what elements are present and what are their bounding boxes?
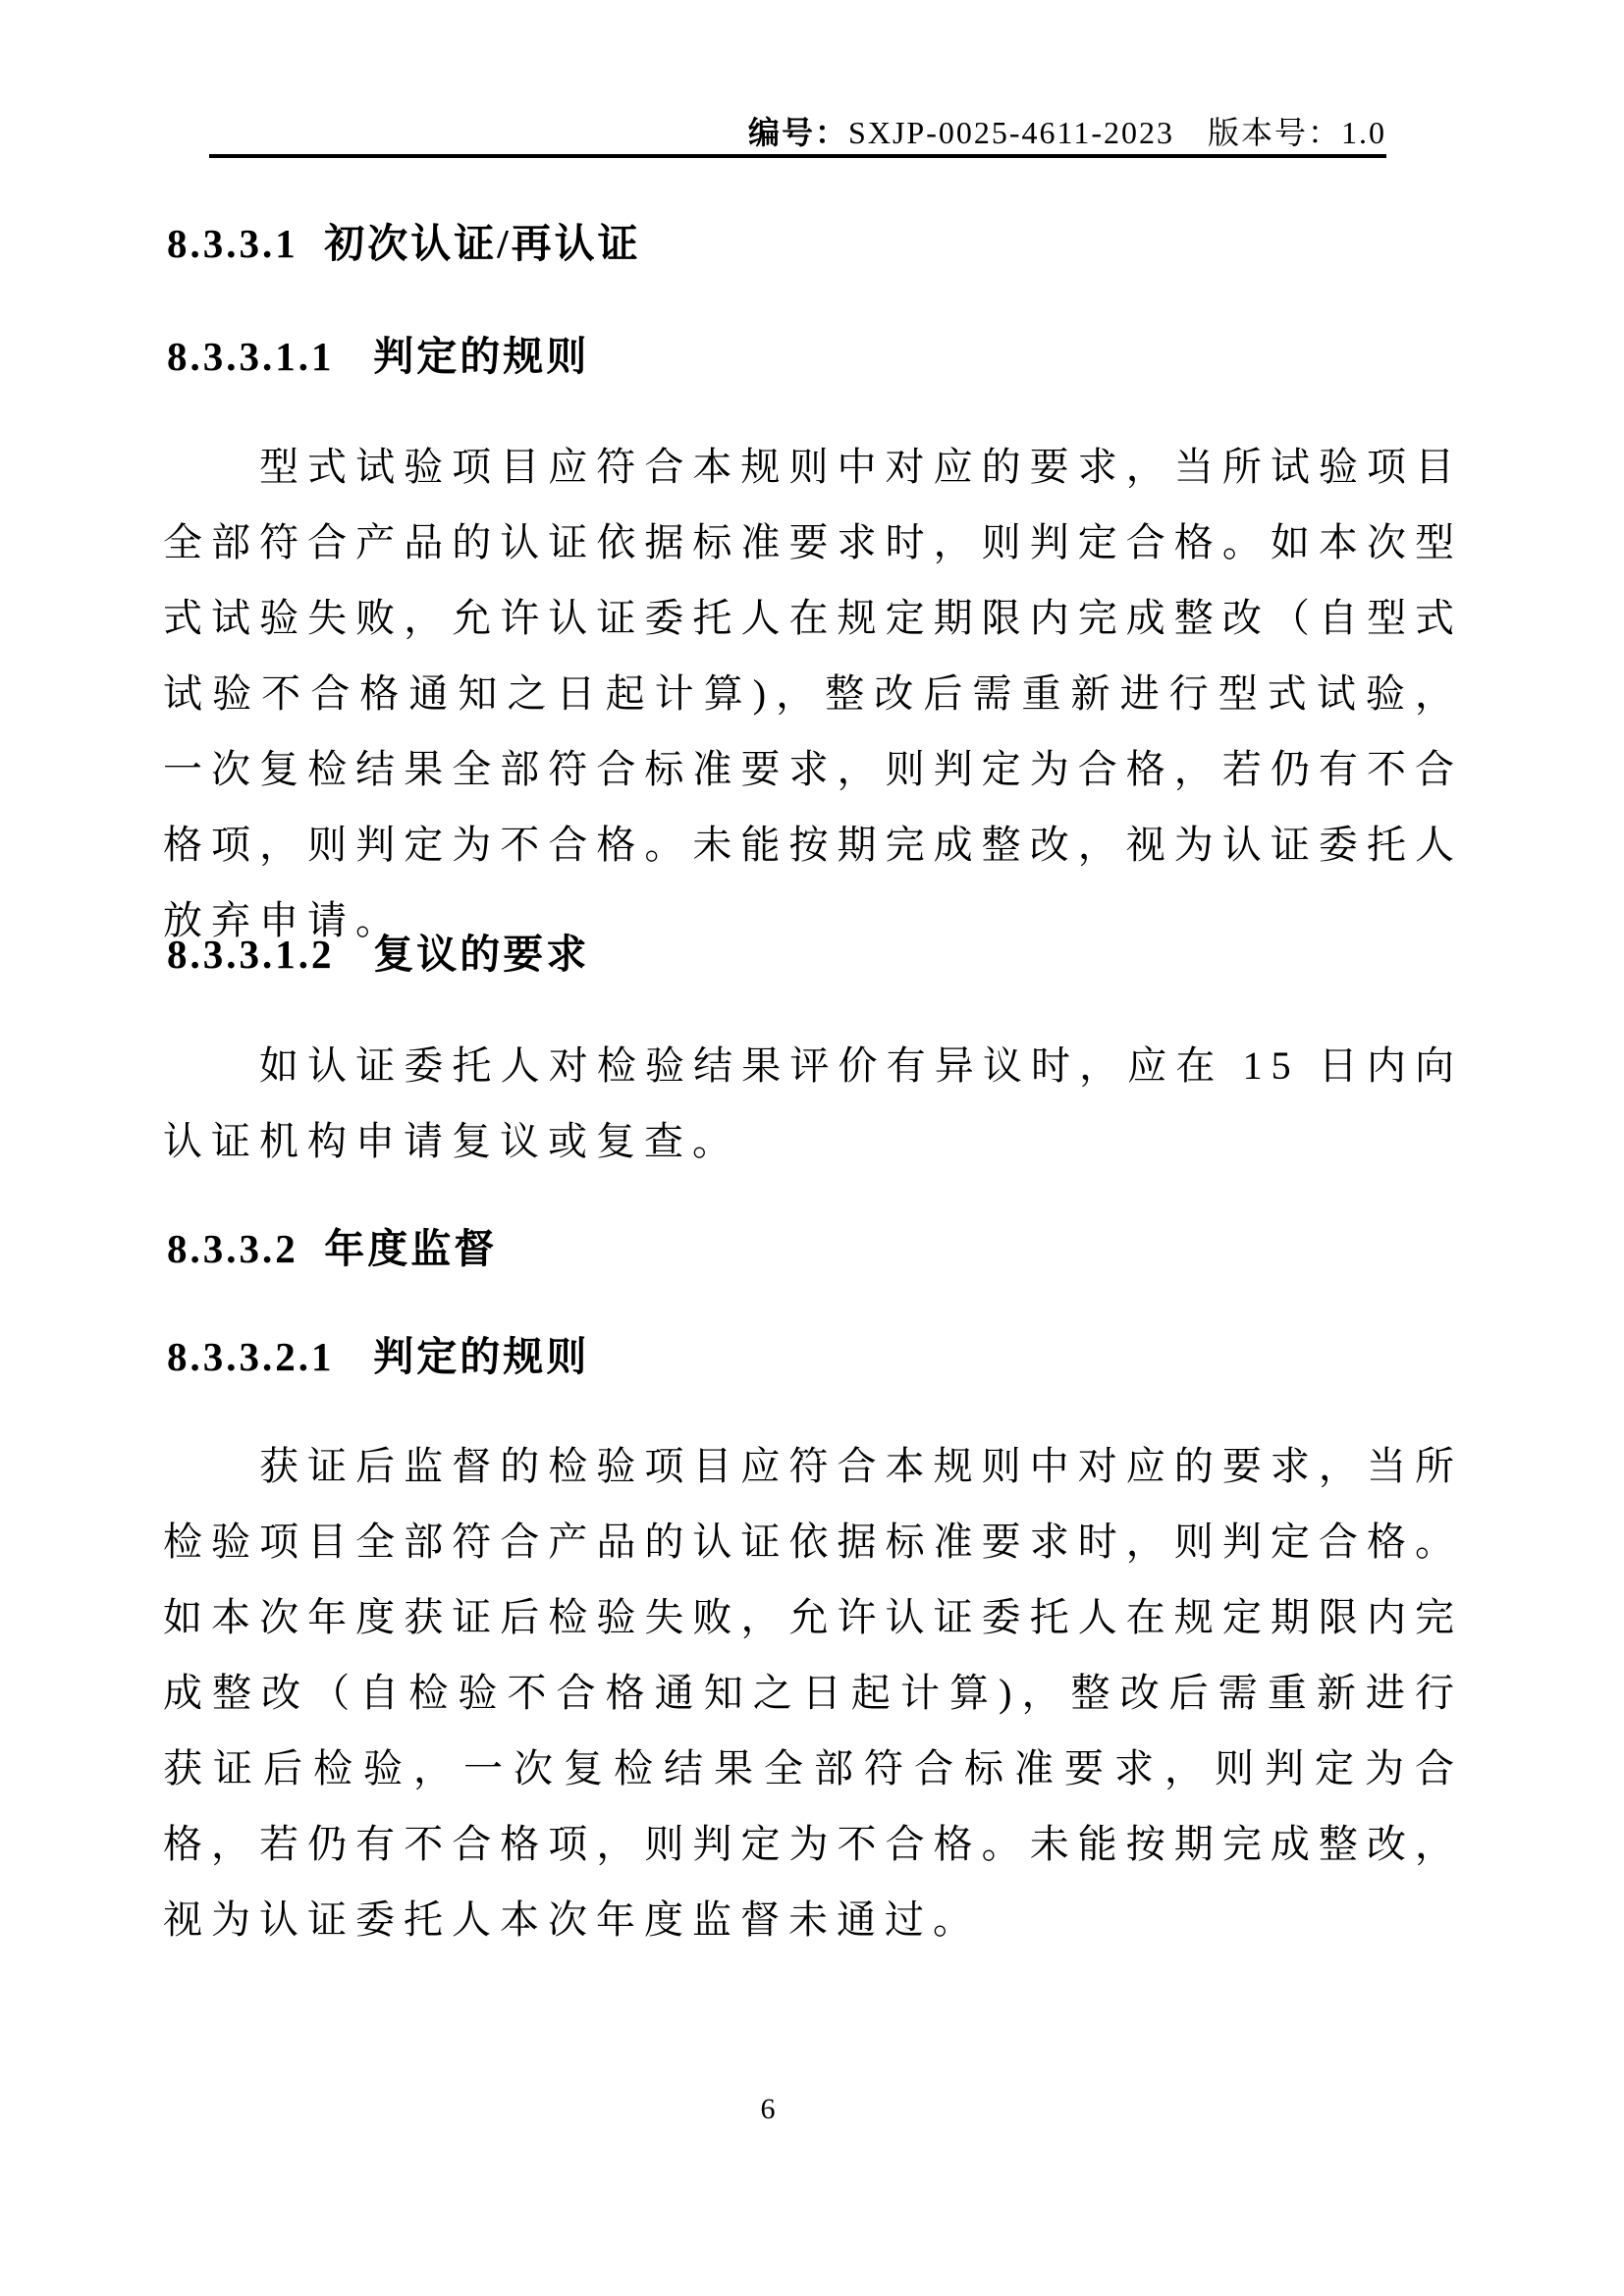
- paragraph-review-requirement: 如认证委托人对检验结果评价有异议时，应在 15 日内向认证机构申请复议或复查。: [163, 1028, 1463, 1179]
- doc-number-label: 编号：: [748, 115, 848, 150]
- section-heading-8-3-3-1: 8.3.3.1 初次认证/再认证: [167, 224, 641, 264]
- header-rule: [209, 154, 1386, 158]
- section-heading-8-3-3-2: 8.3.3.2 年度监督: [167, 1229, 497, 1269]
- doc-version-value: 1.0: [1341, 115, 1386, 150]
- section-heading-8-3-3-2-1: 8.3.3.2.1 判定的规则: [167, 1337, 589, 1377]
- doc-version-label: 版本号：: [1208, 115, 1341, 150]
- section-heading-8-3-3-1-1: 8.3.3.1.1 判定的规则: [167, 337, 589, 377]
- paragraph-annual-supervision-judgement-rules: 获证后监督的检验项目应符合本规则中对应的要求，当所检验项目全部符合产品的认证依据…: [163, 1428, 1463, 1957]
- section-heading-8-3-3-1-2: 8.3.3.1.2 复议的要求: [167, 934, 589, 975]
- page-number: 6: [738, 2093, 797, 2126]
- paragraph-type-test-judgement-rules: 型式试验项目应符合本规则中对应的要求，当所试验项目全部符合产品的认证依据标准要求…: [163, 429, 1463, 958]
- page-header: 编号：SXJP-0025-4611-2023版本号：1.0: [0, 114, 1386, 151]
- doc-number-value: SXJP-0025-4611-2023: [848, 115, 1174, 150]
- document-page: 编号：SXJP-0025-4611-2023版本号：1.0 8.3.3.1 初次…: [0, 0, 1624, 2296]
